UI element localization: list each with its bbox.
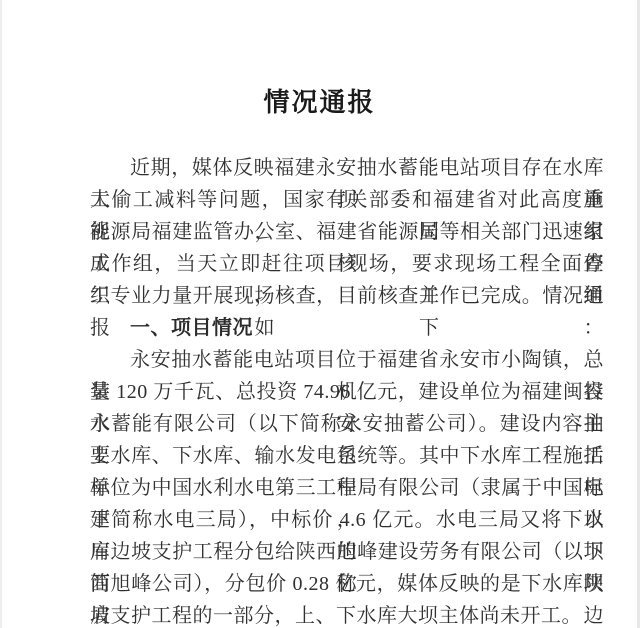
document-page: 情况通报 近期，媒体反映福建永安抽水蓄能电站项目存在水库大坝施 工偷工减料等问题… bbox=[0, 0, 640, 628]
section1-line: 下简称水电三局），中标价 4.6 亿元。水电三局又将下水库的坝 bbox=[90, 504, 604, 536]
section1-line: 西旭峰公司），分包价 0.28 亿元，媒体反映的是下水库坝肩边 bbox=[90, 568, 604, 600]
intro-line: 工偷工减料等问题，国家有关部委和福建省对此高度重视，国家 bbox=[90, 184, 604, 216]
section1-line: 坡支护工程的一部分，上、下水库大坝主体尚未开工。 bbox=[90, 600, 604, 628]
section1-line: 单位为中国水利水电第三工程局有限公司（隶属于中国电建，以 bbox=[90, 472, 604, 504]
intro-line: 织专业力量开展现场核查，目前核查工作已完成。情况通报如下： bbox=[90, 280, 604, 312]
document-body: 近期，媒体反映福建永安抽水蓄能电站项目存在水库大坝施 工偷工减料等问题，国家有关… bbox=[90, 152, 604, 628]
document-title: 情况通报 bbox=[2, 82, 637, 119]
section1-line: 上水库、下水库、输水发电系统等。其中下水库工程施工标中标 bbox=[90, 440, 604, 472]
intro-line: 能源局福建监管办公室、福建省能源局等相关部门迅速组成核查 bbox=[90, 216, 604, 248]
section1-line: 永安抽水蓄能电站项目位于福建省永安市小陶镇，总装机容 bbox=[90, 344, 604, 376]
section1-line: 肩边坡支护工程分包给陕西旭峰建设劳务有限公司（以下简称陕 bbox=[90, 536, 604, 568]
intro-line: 工作组，当天立即赶往项目现场，要求现场工程全面停工，并组 bbox=[90, 248, 604, 280]
section1-line: 水蓄能有限公司（以下简称永安抽蓄公司）。建设内容主要包括 bbox=[90, 408, 604, 440]
intro-line: 近期，媒体反映福建永安抽水蓄能电站项目存在水库大坝施 bbox=[90, 152, 604, 184]
section1-line: 量 120 万千瓦、总投资 74.96 亿元，建设单位为福建闽投永安抽 bbox=[90, 376, 604, 408]
